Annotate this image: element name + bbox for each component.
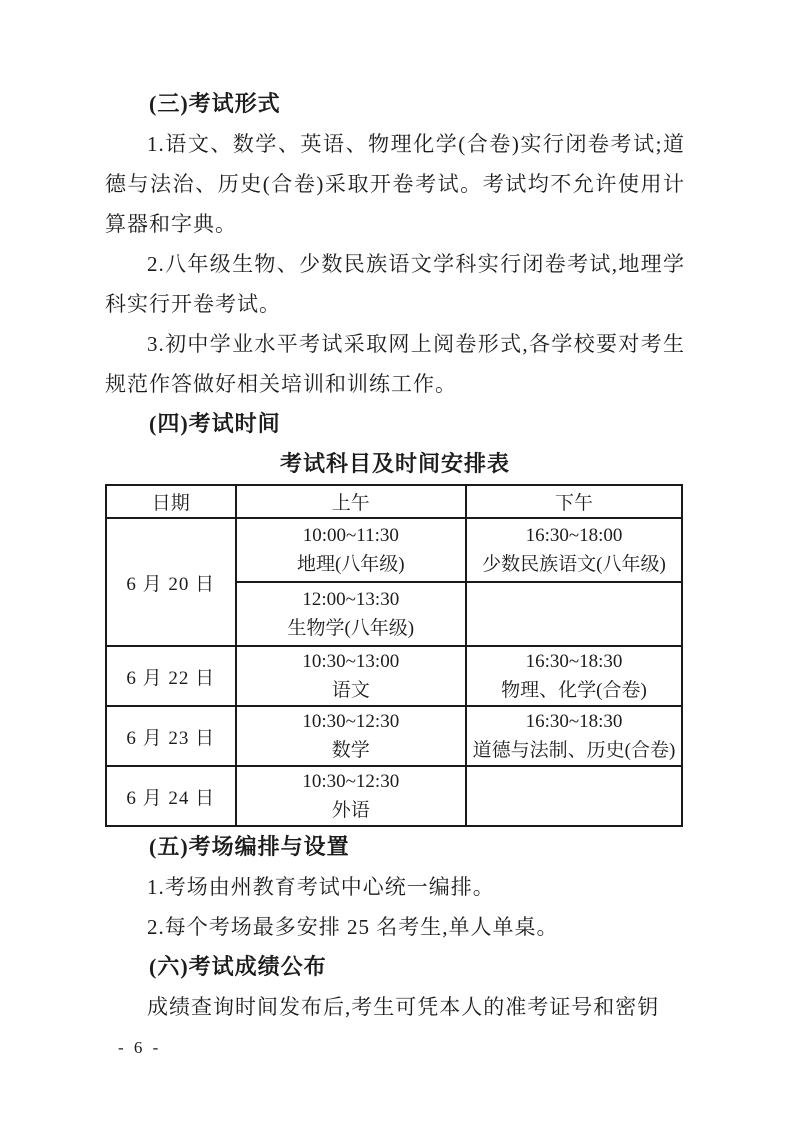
para-venue-capacity: 2.每个考场最多安排 25 名考生,单人单桌。 [105, 907, 685, 947]
exam-subject: 道德与法制、历史(合卷) [467, 736, 681, 765]
exam-subject: 外语 [237, 796, 465, 825]
para-venue-assignment: 1.考场由州教育考试中心统一编排。 [105, 867, 685, 907]
date-cell: 6 月 20 日 [106, 518, 236, 646]
exam-time: 16:30~18:30 [467, 707, 681, 736]
document-page: (三)考试形式 1.语文、数学、英语、物理化学(合卷)实行闭卷考试;道德与法治、… [0, 0, 793, 1122]
afternoon-cell: 16:30~18:30 物理、化学(合卷) [466, 646, 682, 706]
exam-subject: 数学 [237, 736, 465, 765]
morning-cell: 10:00~11:30 地理(八年级) [236, 518, 466, 582]
exam-time: 10:30~13:00 [237, 647, 465, 676]
exam-subject: 生物学(八年级) [237, 614, 465, 643]
heading-venue-arrangement: (五)考场编排与设置 [105, 827, 685, 867]
exam-schedule-table: 日期 上午 下午 6 月 20 日 10:00~11:30 地理(八年级) 16… [105, 484, 683, 827]
para-grade8-subjects: 2.八年级生物、少数民族语文学科实行闭卷考试,地理学科实行开卷考试。 [105, 244, 685, 324]
afternoon-cell-empty [466, 582, 682, 646]
table-row: 6 月 23 日 10:30~12:30 数学 16:30~18:30 道德与法… [106, 706, 682, 766]
date-cell: 6 月 24 日 [106, 766, 236, 826]
exam-time: 10:30~12:30 [237, 767, 465, 796]
afternoon-cell-empty [466, 766, 682, 826]
exam-subject: 少数民族语文(八年级) [467, 550, 681, 579]
date-cell: 6 月 23 日 [106, 706, 236, 766]
exam-time: 10:00~11:30 [237, 521, 465, 550]
para-score-query: 成绩查询时间发布后,考生可凭本人的准考证号和密钥 [105, 987, 685, 1027]
morning-cell: 10:30~12:30 外语 [236, 766, 466, 826]
header-morning: 上午 [236, 485, 466, 518]
table-row: 6 月 22 日 10:30~13:00 语文 16:30~18:30 物理、化… [106, 646, 682, 706]
exam-time: 10:30~12:30 [237, 707, 465, 736]
exam-time: 16:30~18:30 [467, 647, 681, 676]
exam-time: 12:00~13:30 [237, 585, 465, 614]
morning-cell: 12:00~13:30 生物学(八年级) [236, 582, 466, 646]
document-content: (三)考试形式 1.语文、数学、英语、物理化学(合卷)实行闭卷考试;道德与法治、… [105, 84, 685, 1027]
exam-subject: 物理、化学(合卷) [467, 676, 681, 705]
morning-cell: 10:30~13:00 语文 [236, 646, 466, 706]
table-row: 6 月 24 日 10:30~12:30 外语 [106, 766, 682, 826]
para-closed-book-subjects: 1.语文、数学、英语、物理化学(合卷)实行闭卷考试;道德与法治、历史(合卷)采取… [105, 124, 685, 244]
table-title: 考试科目及时间安排表 [105, 444, 685, 484]
table-header-row: 日期 上午 下午 [106, 485, 682, 518]
exam-subject: 地理(八年级) [237, 550, 465, 579]
morning-cell: 10:30~12:30 数学 [236, 706, 466, 766]
exam-time: 16:30~18:00 [467, 521, 681, 550]
exam-subject: 语文 [237, 676, 465, 705]
page-number: - 6 - [118, 1038, 161, 1058]
afternoon-cell: 16:30~18:30 道德与法制、历史(合卷) [466, 706, 682, 766]
heading-exam-time: (四)考试时间 [105, 404, 685, 444]
afternoon-cell: 16:30~18:00 少数民族语文(八年级) [466, 518, 682, 582]
heading-score-release: (六)考试成绩公布 [105, 947, 685, 987]
para-online-marking: 3.初中学业水平考试采取网上阅卷形式,各学校要对考生规范作答做好相关培训和训练工… [105, 324, 685, 404]
table-row: 6 月 20 日 10:00~11:30 地理(八年级) 16:30~18:00… [106, 518, 682, 582]
header-afternoon: 下午 [466, 485, 682, 518]
heading-exam-format: (三)考试形式 [105, 84, 685, 124]
header-date: 日期 [106, 485, 236, 518]
date-cell: 6 月 22 日 [106, 646, 236, 706]
